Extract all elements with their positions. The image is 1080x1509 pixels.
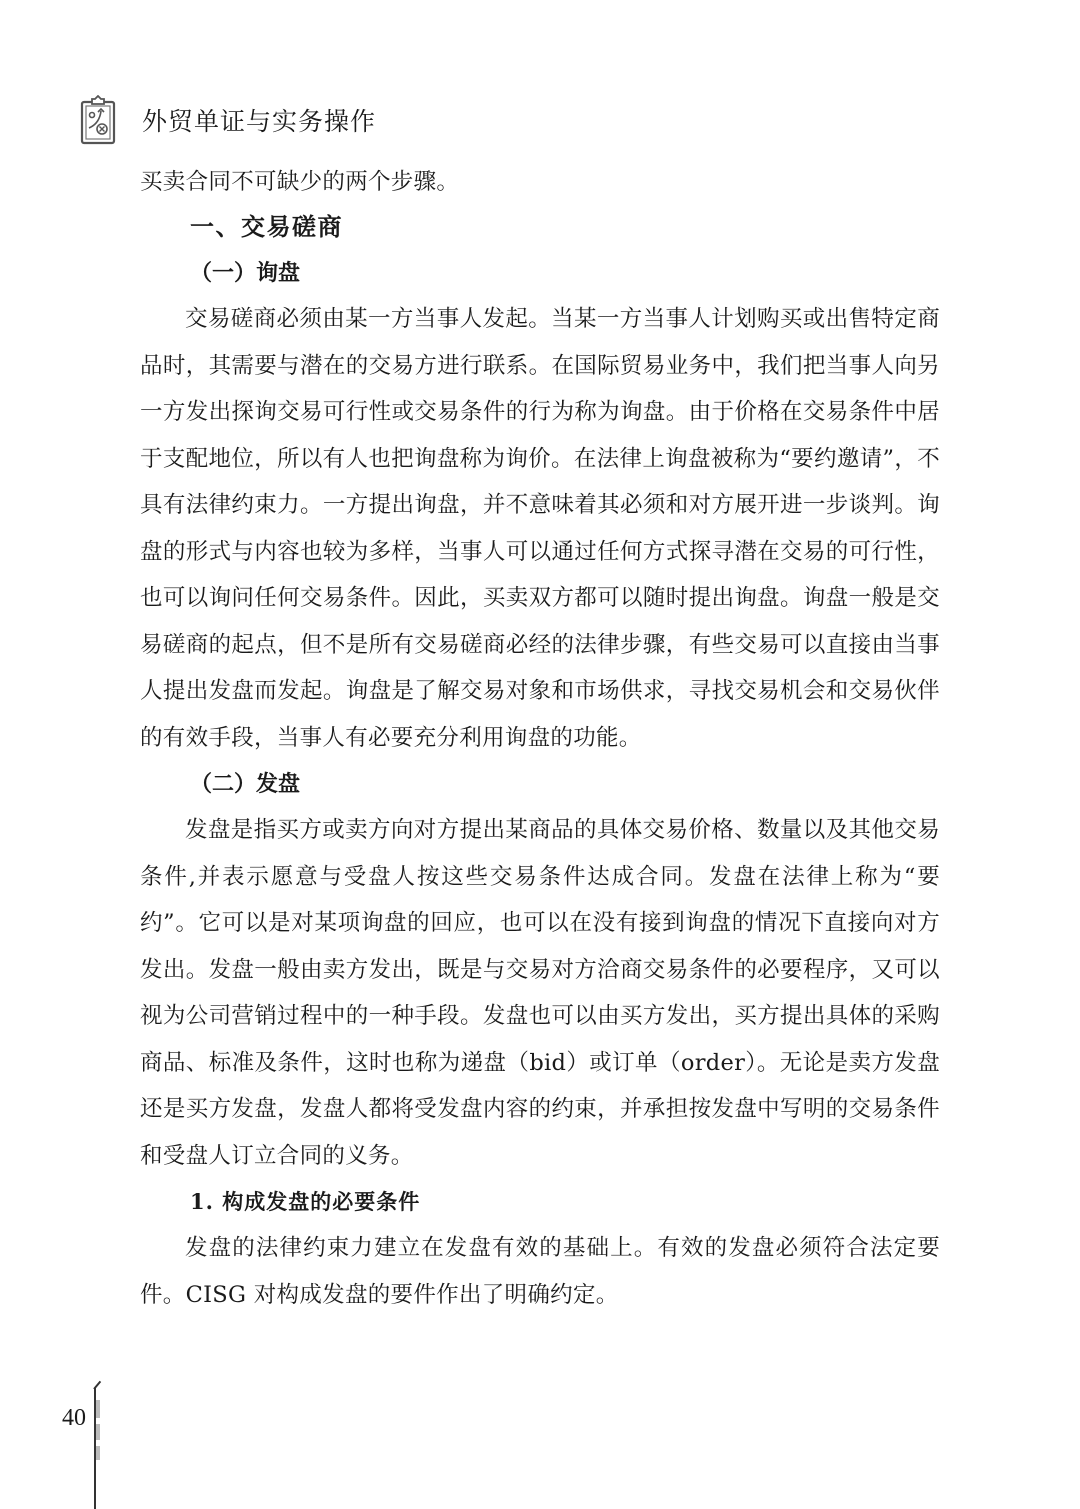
margin-dash-2 <box>96 1424 100 1440</box>
offer-requirements-paragraph: 发盘的法律约束力建立在发盘有效的基础上。有效的发盘必须符合法定要件。CISG 对… <box>140 1225 940 1318</box>
margin-dash-1 <box>96 1400 100 1418</box>
intro-tail-paragraph: 买卖合同不可缺少的两个步骤。 <box>140 160 940 204</box>
section-heading-trade-negotiation: 一、交易磋商 <box>140 204 940 250</box>
margin-dash-3 <box>96 1446 100 1460</box>
offer-requirements-heading: 1. 构成发盘的必要条件 <box>140 1179 940 1225</box>
margin-rule-tick <box>93 1381 101 1390</box>
subsection-heading-offer: （二）发盘 <box>140 761 940 807</box>
subsection-heading-inquiry: （一）询盘 <box>140 250 940 296</box>
offer-paragraph: 发盘是指买方或卖方向对方提出某商品的具体交易价格、数量以及其他交易条件,并表示愿… <box>140 807 940 1179</box>
inquiry-paragraph: 交易磋商必须由某一方当事人发起。当某一方当事人计划购买或出售特定商品时，其需要与… <box>140 296 940 761</box>
page-body: 买卖合同不可缺少的两个步骤。 一、交易磋商 （一）询盘 交易磋商必须由某一方当事… <box>140 160 940 1318</box>
clipboard-strategy-icon <box>80 95 116 145</box>
running-header: 外贸单证与实务操作 <box>80 94 376 146</box>
page-number: 40 <box>62 1405 86 1432</box>
book-title: 外贸单证与实务操作 <box>142 102 376 138</box>
